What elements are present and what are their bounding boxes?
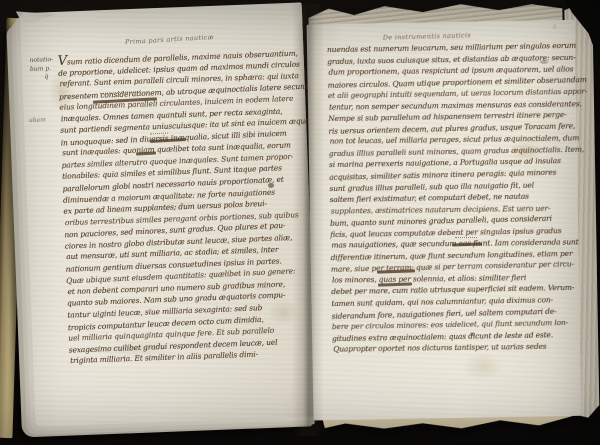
- right-page-surface: De instrumentis nauticis 9 nuendas est n…: [307, 20, 582, 421]
- left-page-surface: Prima pars artis nauticæ notatio-bum p.q…: [20, 2, 318, 427]
- right-running-header: De instrumentis nauticis: [383, 31, 471, 41]
- ink-blot: [268, 183, 274, 188]
- right-page-text: nuendas est numerum leucarum, seu millia…: [327, 40, 584, 356]
- left-running-header: Prima pars artis nauticæ: [125, 33, 214, 46]
- left-page: Prima pars artis nauticæ notatio-bum p.q…: [4, 2, 318, 445]
- paper-stain: [462, 351, 503, 382]
- marginal-note-mid: ubam: [29, 116, 46, 124]
- manuscript-photo: Prima pars artis nauticæ notatio-bum p.q…: [0, 0, 600, 445]
- manuscript-line: Quapropter oportet nos dicturos tantispe…: [333, 340, 585, 355]
- ink-blot: [540, 60, 548, 64]
- interlinear-insertion-mark: [455, 237, 477, 238]
- ink-blot: [470, 332, 475, 336]
- right-page: De instrumentis nauticis 9 nuendas est n…: [304, 0, 600, 440]
- folio-number: 9: [553, 24, 557, 31]
- curled-page-corner: [16, 10, 57, 26]
- left-page-text: Vsum ratio dicendum de parallelis, maxim…: [57, 46, 315, 367]
